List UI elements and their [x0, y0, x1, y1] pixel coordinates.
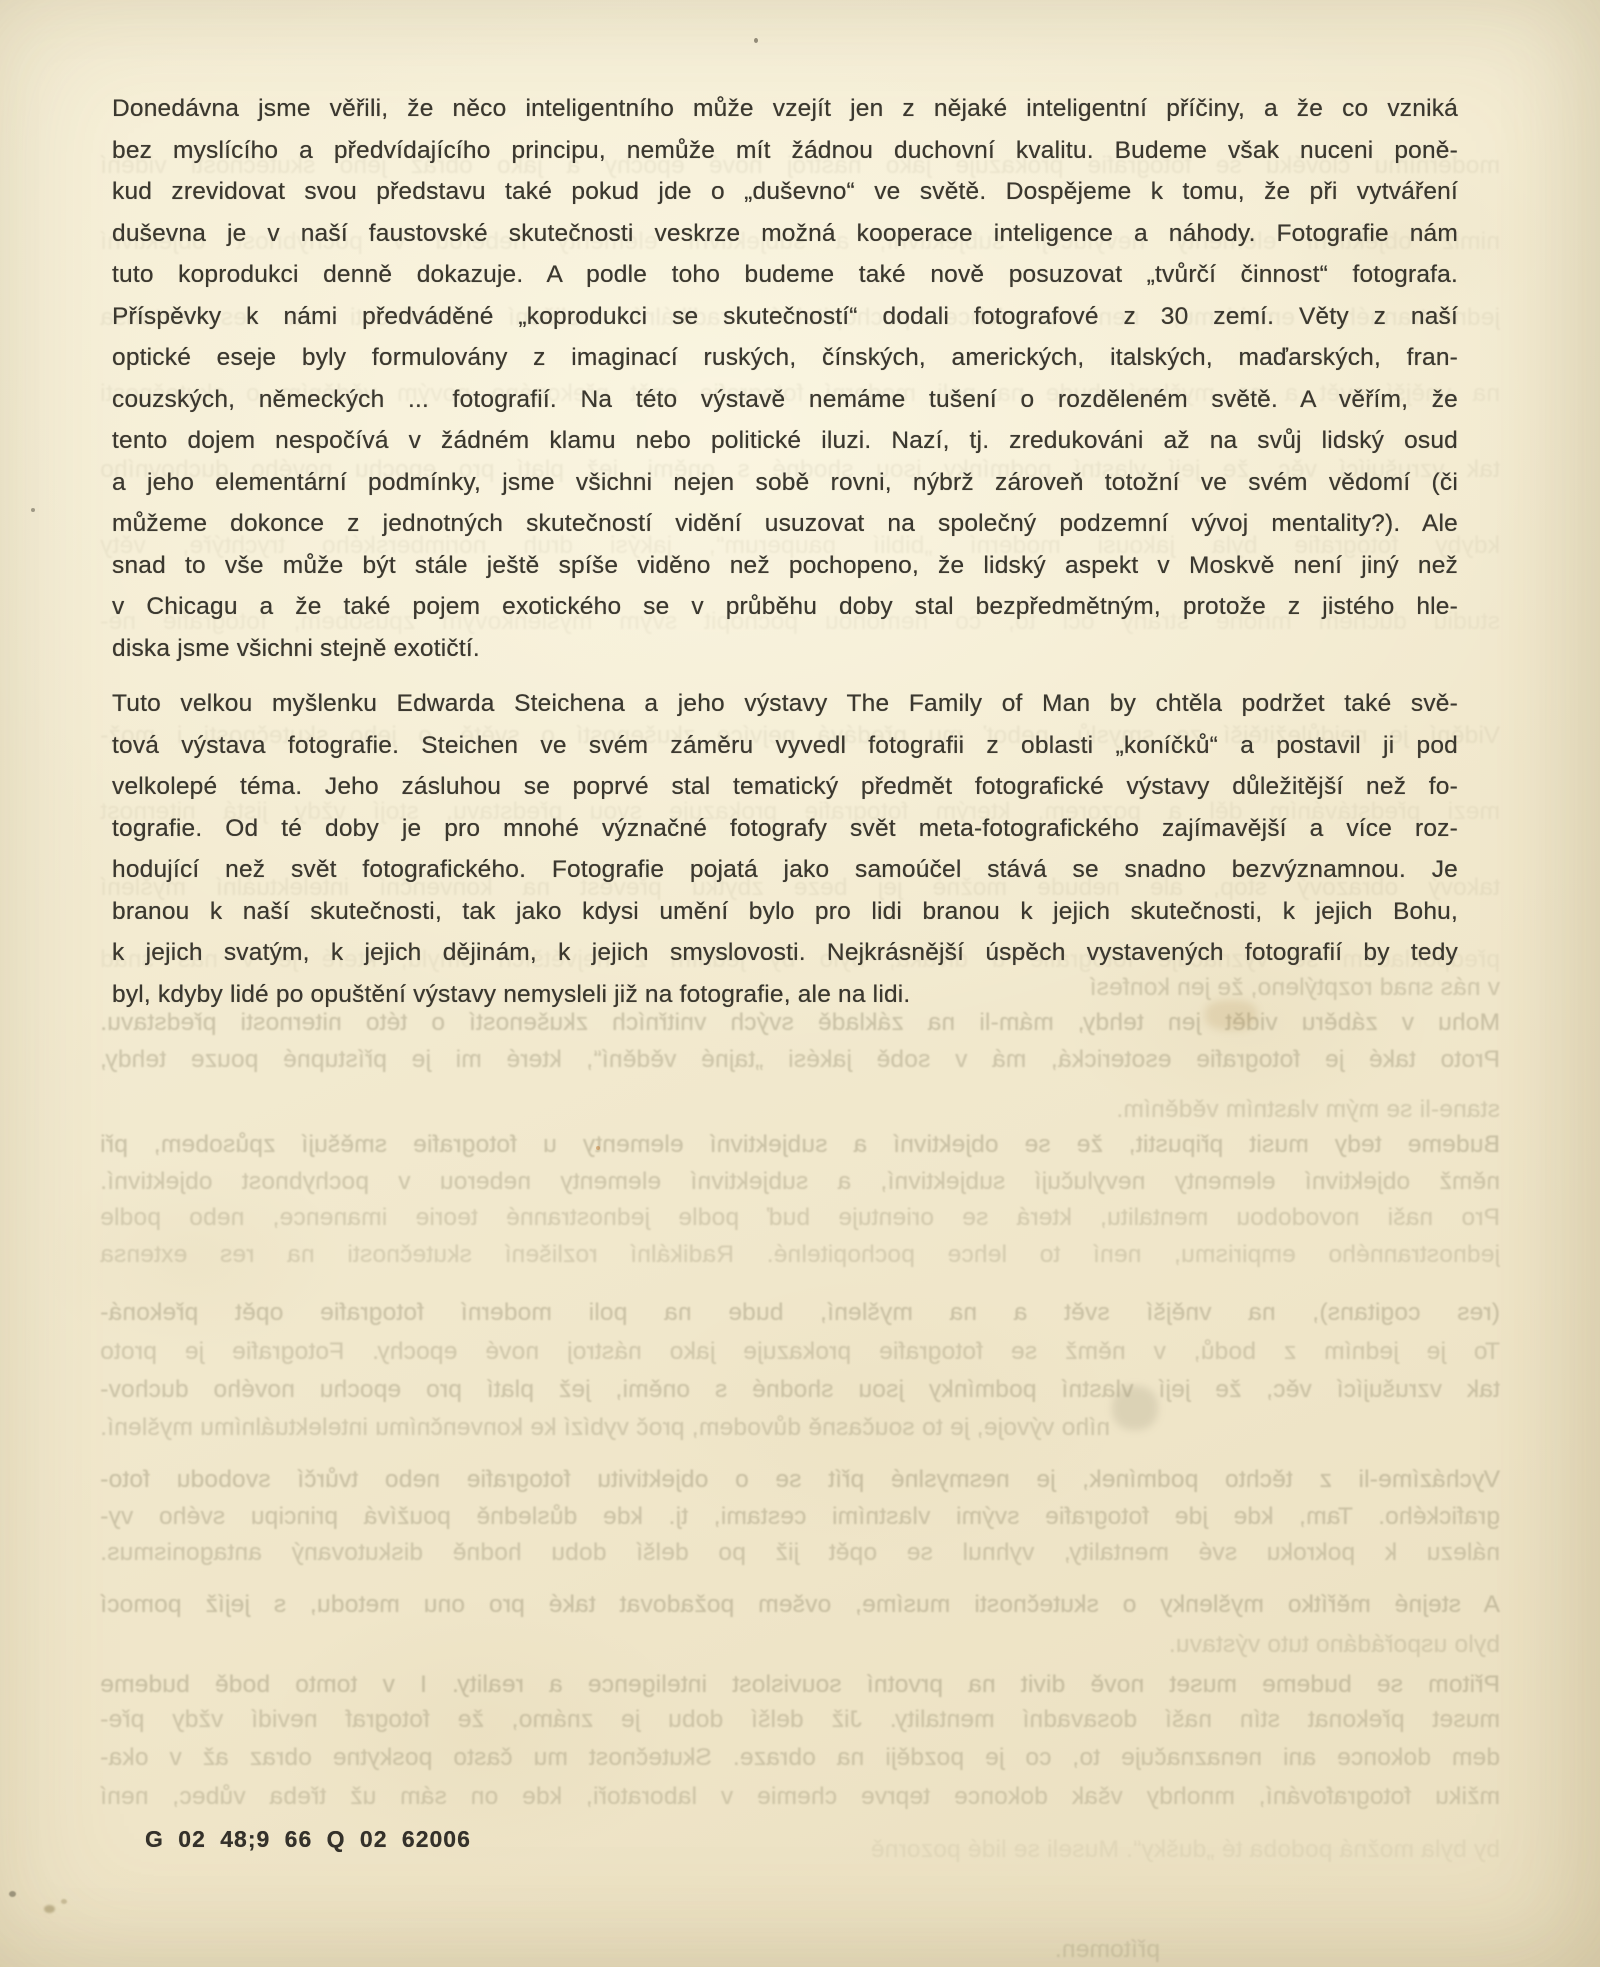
text-line: k jejich svatým, k jejich dějinám, k jej…: [112, 932, 1458, 974]
bleedthrough-line: bylo uspořádáno tuto výstavu.: [100, 1625, 1500, 1665]
text-line: Donedávna jsme věřili, že něco inteligen…: [112, 88, 1458, 130]
text-line: bez myslícího a předvídajícího principu,…: [112, 130, 1458, 172]
scanned-document-page: modernímu člověku se fotografie prokazuj…: [0, 0, 1600, 1967]
text-line: diska jsme všichni stejně exotičtí.: [112, 628, 1458, 670]
ink-speck: [31, 508, 35, 512]
text-line: v Chicagu a že také pojem exotického se …: [112, 586, 1458, 628]
text-line: snad to vše může být stále ještě spíše v…: [112, 545, 1458, 587]
text-line: byl, kdyby lidé po opuštění výstavy nemy…: [112, 974, 1458, 1016]
text-line: tografie. Od té doby je pro mnohé význač…: [112, 808, 1458, 850]
paper-stain: [1112, 1386, 1158, 1430]
text-line: a jeho elementární podmínky, jsme všichn…: [112, 462, 1458, 504]
bleedthrough-line: Pro naši novodobou mentalitu, která se o…: [100, 1198, 1500, 1238]
ink-speck: [9, 1891, 16, 1897]
ink-speck: [44, 1905, 55, 1913]
text-line: couzských, německých ... fotografií. Na …: [112, 379, 1458, 421]
paragraph: Tuto velkou myšlenku Edwarda Steichena a…: [112, 683, 1458, 1015]
text-line: tento dojem nespočívá v žádném klamu neb…: [112, 420, 1458, 462]
text-line: optické eseje byly formulovány z imagina…: [112, 337, 1458, 379]
bleedthrough-line: Vycházíme-li z těchto podmínek, je nesmy…: [100, 1460, 1500, 1500]
bleedthrough-line: němž objektivní elementy nevylučují subj…: [100, 1162, 1500, 1202]
bleedthrough-line: jednostranného empirismu, není to lehce …: [100, 1235, 1500, 1275]
text-line: Příspěvky k námi předváděné „koprodukci …: [112, 296, 1458, 338]
bleedthrough-line: dem dokonce ani nenaznačuje to, co je po…: [100, 1738, 1500, 1778]
text-line: tuto koprodukci denně dokazuje. A podle …: [112, 254, 1458, 296]
bleedthrough-line: grafického. Tam, kde jde fotografie svým…: [100, 1497, 1500, 1537]
ink-speck: [754, 38, 758, 43]
bleedthrough-line: (res cogitans), na vnější svět a na myšl…: [100, 1293, 1500, 1333]
text-line: duševna je v naší faustovské skutečnosti…: [112, 213, 1458, 255]
text-line: Tuto velkou myšlenku Edwarda Steichena a…: [112, 683, 1458, 725]
text-line: branou k naší skutečnosti, tak jako kdys…: [112, 891, 1458, 933]
text-line: kud zrevidovat svou představu také pokud…: [112, 171, 1458, 213]
bleedthrough-line: muset překonat stín naší dosavadní menta…: [100, 1700, 1500, 1740]
bleedthrough-line: mžiku fotografování, mnohdy však dokonce…: [100, 1777, 1500, 1817]
edition-code: G 02 48;9 66 Q 02 62006: [145, 1826, 471, 1853]
paragraph: Donedávna jsme věřili, že něco inteligen…: [112, 88, 1458, 669]
bleedthrough-line: stane-li se mým vlastním věděním.: [100, 1090, 1500, 1130]
bleedthrough-line: Proto také je fotografie esoterická, má …: [100, 1040, 1500, 1080]
bleedthrough-line: Přitom se budeme muset nově divit na prv…: [100, 1665, 1500, 1705]
bleedthrough-line: To je jedním z bodů, v němž se fotografi…: [100, 1332, 1500, 1372]
ink-speck: [61, 1899, 67, 1904]
text-line: velkolepé téma. Jeho zásluhou se poprvé …: [112, 766, 1458, 808]
bleedthrough-line: ního vývoje, je to současně důvodem, pro…: [100, 1408, 1110, 1448]
ink-speck: [596, 1146, 600, 1150]
bleedthrough-line: nálezu k pokroku své mentality, vyhnul s…: [100, 1533, 1500, 1573]
bleedthrough-line: tak vzrušující věc, že její vlastní podm…: [100, 1370, 1500, 1410]
bleedthrough-line: Budeme tedy musit připustit, že se objek…: [100, 1125, 1500, 1165]
bleedthrough-line: přítomen.: [100, 1930, 1160, 1967]
text-line: můžeme dokonce z jednotných skutečností …: [112, 503, 1458, 545]
text-line: tová výstava fotografie. Steichen ve své…: [112, 725, 1458, 767]
bleedthrough-line: A stejné měřítko myšlenky o skutečnosti …: [100, 1585, 1500, 1625]
text-line: hodující než svět fotografického. Fotogr…: [112, 849, 1458, 891]
main-text: Donedávna jsme věřili, že něco inteligen…: [112, 88, 1458, 1015]
